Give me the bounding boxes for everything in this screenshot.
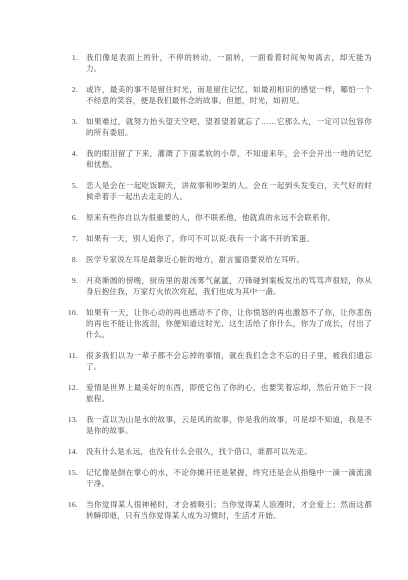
item-number: 11. — [64, 350, 78, 361]
item-text: 如果难过，就努力抬头望天空吧，望着望着就忘了……它那么大，一定可以包容你的所有委… — [86, 116, 372, 138]
list-item: 14. 没有什么是永远，也没有什么会很久，找个借口，谁都可以先走。 — [64, 446, 372, 457]
list-item: 11. 很多我们以为一辈子都不会忘掉的事情，就在我们念念不忘的日子里，被我们遗忘… — [64, 350, 372, 372]
list-item: 6. 原来有些你自以为很重要的人，你不联系他，他就真的永远不会联系你。 — [64, 212, 372, 223]
item-text: 或许，最美的事不是留住时光，而是留住记忆，如最初相识的感觉一样，哪怕一个不经意的… — [86, 84, 372, 106]
list-item: 10. 如果有一天，让你心动的再也感动不了你，让你愤怒的再也激怒不了你，让你悲伤… — [64, 307, 372, 340]
list-item: 9. 月亮渐圆的傍晚，厨房里的甜汤雾气氤氲，刀锋碰到案板发出的笃笃声很轻，你从身… — [64, 275, 372, 297]
item-text: 很多我们以为一辈子都不会忘掉的事情，就在我们念念不忘的日子里，被我们遗忘了。 — [86, 350, 372, 372]
item-text: 月亮渐圆的傍晚，厨房里的甜汤雾气氤氲，刀锋碰到案板发出的笃笃声很轻，你从身后抱住… — [86, 275, 372, 297]
document-page: 1. 我们像是表面上的针，不停的转动，一面转，一面看着时间匆匆离去，却无能为力。… — [0, 0, 408, 580]
item-number: 13. — [64, 414, 78, 425]
item-text: 记忆像是倒在掌心的水，不论你摊开还是紧握，终究还是会从指缝中一滴一滴流淌干净。 — [86, 467, 372, 489]
item-number: 9. — [64, 275, 78, 286]
item-text: 如果有一天，让你心动的再也感动不了你，让你愤怒的再也激怒不了你，让你悲伤的再也不… — [86, 307, 372, 340]
item-number: 4. — [64, 148, 78, 159]
item-text: 我一直以为山是水的故事，云是风的故事，你是我的故事，可是却不知道，我是不是你的故… — [86, 414, 372, 436]
item-number: 5. — [64, 180, 78, 191]
item-text: 我的眼泪留了下来，灌溉了下面柔软的小草，不知道来年，会不会开出一地的记忆和忧愁。 — [86, 148, 372, 170]
item-number: 10. — [64, 307, 78, 318]
list-item: 16. 当你觉得某人很神秘时，才会被吸引；当你觉得某人浪漫时，才会爱上；然而这都… — [64, 499, 372, 521]
item-number: 7. — [64, 233, 78, 244]
item-number: 12. — [64, 382, 78, 393]
list-item: 12. 爱情是世界上最美好的东西，即使它伤了你的心，也要笑着忘却，然后开始下一段… — [64, 382, 372, 404]
list-item: 1. 我们像是表面上的针，不停的转动，一面转，一面看着时间匆匆离去，却无能为力。 — [64, 52, 372, 74]
item-text: 如果有一天，别人追你了，你可不可以说:我有一个离不开的笨蛋。 — [86, 233, 372, 244]
item-text: 医学专家说左耳是最靠近心脏的地方，甜言蜜语要说给左耳听。 — [86, 254, 372, 265]
item-text: 当你觉得某人很神秘时，才会被吸引；当你觉得某人浪漫时，才会爱上；然而这都转瞬即逝… — [86, 499, 372, 521]
item-number: 3. — [64, 116, 78, 127]
item-number: 15. — [64, 467, 78, 478]
list-item: 13. 我一直以为山是水的故事，云是风的故事，你是我的故事，可是却不知道，我是不… — [64, 414, 372, 436]
item-number: 8. — [64, 254, 78, 265]
list-item: 5. 恋人是会在一起吃饭聊天，讲故事和吵架的人。会在一起到头发变白，天气好的时候… — [64, 180, 372, 202]
item-number: 1. — [64, 52, 78, 63]
quote-list: 1. 我们像是表面上的针，不停的转动，一面转，一面看着时间匆匆离去，却无能为力。… — [64, 52, 372, 521]
item-text: 没有什么是永远，也没有什么会很久，找个借口，谁都可以先走。 — [86, 446, 372, 457]
list-item: 7. 如果有一天，别人追你了，你可不可以说:我有一个离不开的笨蛋。 — [64, 233, 372, 244]
item-number: 2. — [64, 84, 78, 95]
item-text: 原来有些你自以为很重要的人，你不联系他，他就真的永远不会联系你。 — [86, 212, 372, 223]
item-text: 恋人是会在一起吃饭聊天，讲故事和吵架的人。会在一起到头发变白，天气好的时候牵着手… — [86, 180, 372, 202]
item-number: 6. — [64, 212, 78, 223]
list-item: 15. 记忆像是倒在掌心的水，不论你摊开还是紧握，终究还是会从指缝中一滴一滴流淌… — [64, 467, 372, 489]
item-number: 16. — [64, 499, 78, 510]
item-text: 爱情是世界上最美好的东西，即使它伤了你的心，也要笑着忘却，然后开始下一段旅程。 — [86, 382, 372, 404]
list-item: 4. 我的眼泪留了下来，灌溉了下面柔软的小草，不知道来年，会不会开出一地的记忆和… — [64, 148, 372, 170]
item-number: 14. — [64, 446, 78, 457]
item-text: 我们像是表面上的针，不停的转动，一面转，一面看着时间匆匆离去，却无能为力。 — [86, 52, 372, 74]
list-item: 3. 如果难过，就努力抬头望天空吧，望着望着就忘了……它那么大，一定可以包容你的… — [64, 116, 372, 138]
list-item: 2. 或许，最美的事不是留住时光，而是留住记忆，如最初相识的感觉一样，哪怕一个不… — [64, 84, 372, 106]
list-item: 8. 医学专家说左耳是最靠近心脏的地方，甜言蜜语要说给左耳听。 — [64, 254, 372, 265]
